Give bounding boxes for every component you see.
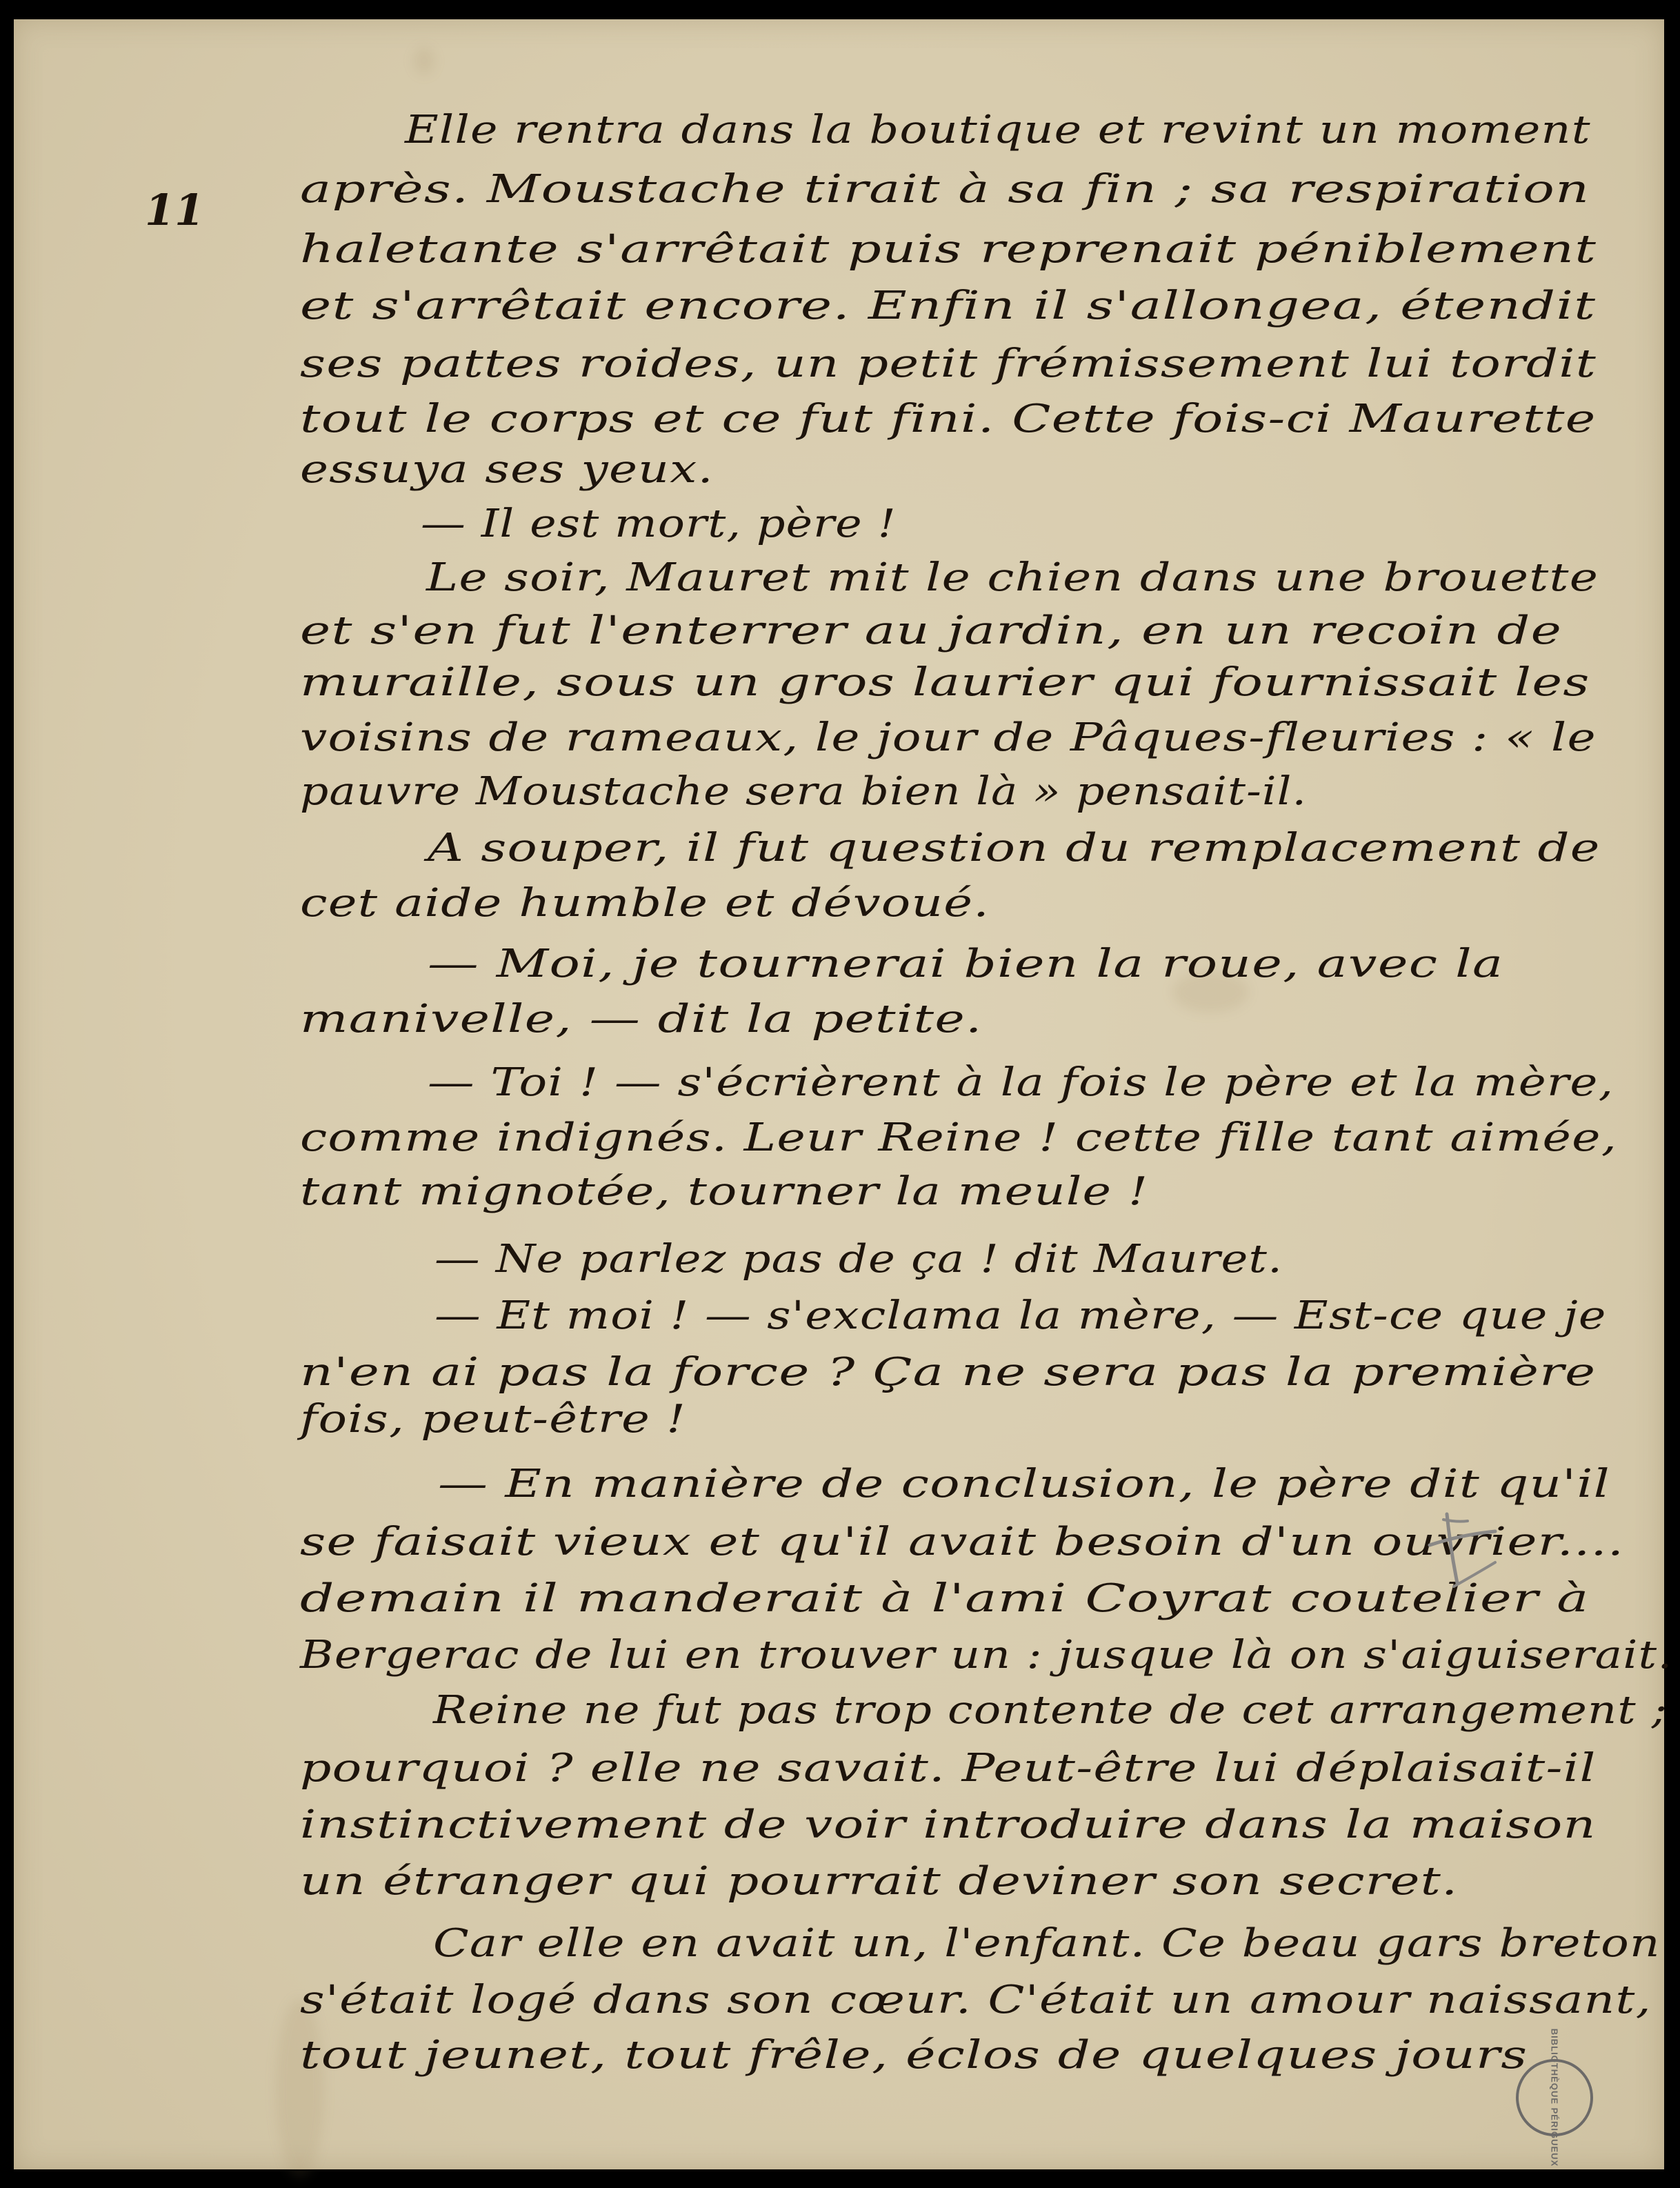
manuscript-line: fois, peut-être ! bbox=[300, 1400, 686, 1439]
stamp-text: BIBLIOTHÈQUE PÉRIGUEUX bbox=[1550, 2029, 1560, 2167]
manuscript-line: tant mignotée, tourner la meule ! bbox=[300, 1173, 1148, 1211]
manuscript-line: — Il est mort, père ! bbox=[421, 505, 897, 544]
manuscript-line: tout jeunet, tout frêle, éclos de quelqu… bbox=[300, 2036, 1528, 2075]
manuscript-line: instinctivement de voir introduire dans … bbox=[300, 1806, 1597, 1844]
manuscript-line: et s'en fut l'enterrer au jardin, en un … bbox=[300, 612, 1562, 650]
manuscript-line: pourquoi ? elle ne savait. Peut-être lui… bbox=[300, 1749, 1597, 1788]
manuscript-line: n'en ai pas la force ? Ça ne sera pas la… bbox=[300, 1353, 1596, 1392]
manuscript-line: haletante s'arrêtait puis reprenait péni… bbox=[300, 230, 1597, 269]
manuscript-line: Elle rentra dans la boutique et revint u… bbox=[405, 111, 1591, 150]
manuscript-line: et s'arrêtait encore. Enfin il s'allonge… bbox=[300, 287, 1596, 326]
manuscript-line: ses pattes roides, un petit frémissement… bbox=[300, 345, 1597, 384]
manuscript-line: demain il manderait à l'ami Coyrat coute… bbox=[300, 1580, 1590, 1618]
manuscript-line: — Et moi ! — s'exclama la mère, — Est-ce… bbox=[434, 1297, 1607, 1335]
page-number: 11 bbox=[145, 185, 204, 235]
manuscript-line: après. Moustache tirait à sa fin ; sa re… bbox=[300, 170, 1590, 209]
manuscript-line: — Toi ! — s'écrièrent à la fois le père … bbox=[428, 1064, 1614, 1102]
manuscript-line: Car elle en avait un, l'enfant. Ce beau … bbox=[433, 1925, 1661, 1963]
manuscript-line: A souper, il fut question du remplacemen… bbox=[428, 829, 1601, 868]
manuscript-line: Bergerac de lui en trouver un : jusque l… bbox=[300, 1636, 1673, 1675]
manuscript-line: essuya ses yeux. bbox=[300, 450, 714, 489]
manuscript-line: Reine ne fut pas trop contente de cet ar… bbox=[433, 1691, 1668, 1730]
manuscript-line: s'était logé dans son cœur. C'était un a… bbox=[300, 1981, 1652, 2020]
manuscript-line: manivelle, — dit la petite. bbox=[300, 1000, 983, 1039]
manuscript-line: — En manière de conclusion, le père dit … bbox=[438, 1465, 1610, 1504]
paper-stain bbox=[276, 1999, 324, 2178]
manuscript-line: pauvre Moustache sera bien là » pensait-… bbox=[300, 773, 1307, 811]
manuscript-line: cet aide humble et dévoué. bbox=[300, 884, 990, 923]
manuscript-line: Le soir, Mauret mit le chien dans une br… bbox=[426, 559, 1599, 597]
manuscript-line: un étranger qui pourrait deviner son sec… bbox=[300, 1862, 1458, 1901]
manuscript-line: — Moi, je tournerai bien la roue, avec l… bbox=[428, 945, 1503, 984]
library-stamp: BIBLIOTHÈQUE PÉRIGUEUX bbox=[1516, 2059, 1593, 2136]
manuscript-line: muraille, sous un gros laurier qui fourn… bbox=[300, 664, 1590, 702]
paper-spot bbox=[414, 47, 434, 74]
manuscript-line: comme indignés. Leur Reine ! cette fille… bbox=[300, 1119, 1617, 1157]
pencil-mark-icon bbox=[1426, 1507, 1502, 1597]
manuscript-line: — Ne parlez pas de ça ! dit Mauret. bbox=[434, 1240, 1283, 1279]
manuscript-line: tout le corps et ce fut fini. Cette fois… bbox=[300, 400, 1597, 439]
manuscript-line: voisins de rameaux, le jour de Pâques-fl… bbox=[300, 719, 1597, 757]
